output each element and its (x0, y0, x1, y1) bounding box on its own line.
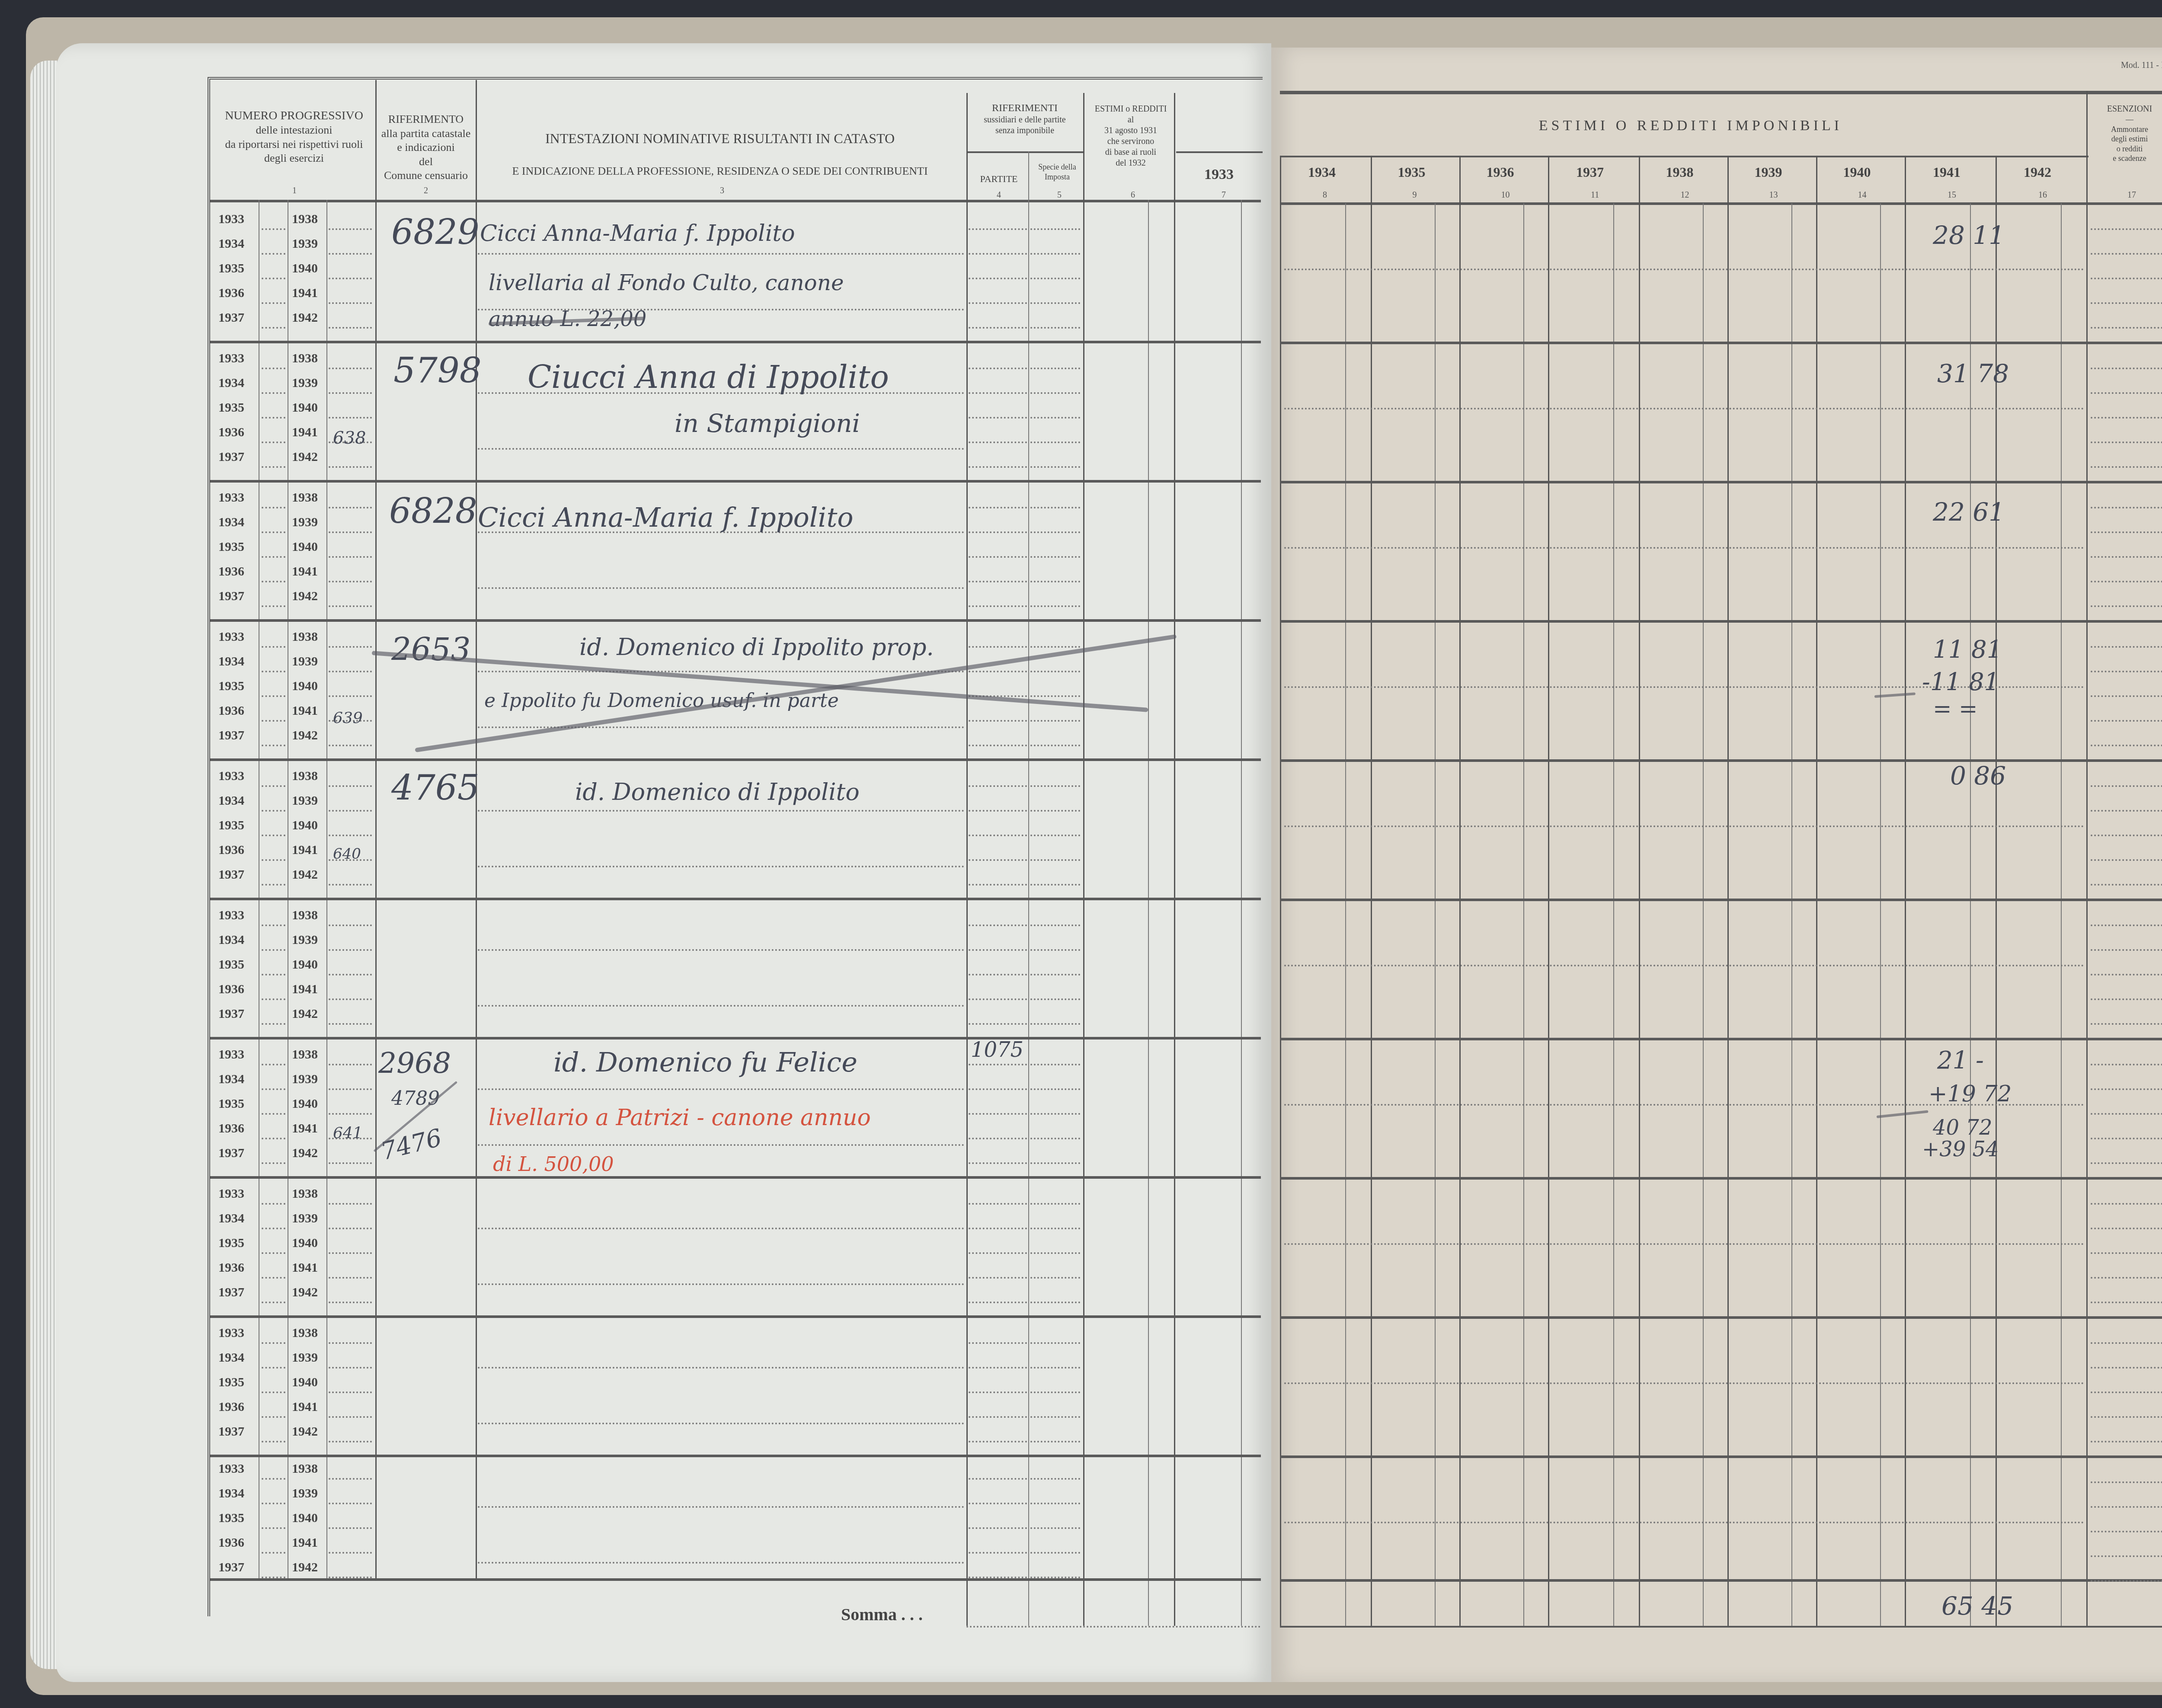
left-col7-split (1176, 151, 1263, 153)
year-label: 1939 (292, 933, 318, 947)
year-column-header: 1936 (1487, 164, 1514, 180)
dotted-guide (329, 1577, 372, 1578)
row-group-rule (210, 1578, 1261, 1581)
column-number: 15 (1948, 190, 1956, 200)
dotted-guide (2091, 974, 2162, 976)
dotted-guide (2091, 1416, 2162, 1418)
year-label: 1934 (218, 515, 244, 530)
dotted-guide (262, 1064, 285, 1065)
col7-header-year: 1933 (1204, 166, 1234, 183)
dotted-guide (1030, 278, 1080, 279)
year-label: 1942 (292, 1146, 318, 1161)
dotted-guide (478, 1228, 964, 1229)
dotted-guide (969, 1503, 1027, 1504)
right-vline (1727, 156, 1729, 1626)
row-group-rule (1280, 1038, 2162, 1040)
year-label: 1937 (218, 310, 244, 325)
col2-title: RIFERIMENTO (376, 112, 476, 127)
left-vline (476, 80, 477, 1580)
year-label: 1941 (292, 1400, 318, 1414)
dotted-guide (969, 884, 1027, 886)
dotted-guide (2091, 556, 2162, 558)
year-label: 1939 (292, 654, 318, 669)
col5-number: 5 (1057, 190, 1062, 200)
value-1941: 28 11 (1933, 221, 2005, 250)
dotted-guide (969, 1478, 1027, 1480)
left-header-rule (210, 200, 1261, 202)
dotted-guide (969, 810, 1027, 812)
year-label: 1942 (292, 450, 318, 464)
year-label: 1938 (292, 212, 318, 227)
dotted-guide (329, 507, 372, 509)
year-column-header: 1939 (1755, 164, 1782, 180)
dotted-guide (262, 810, 285, 812)
year-label: 1940 (292, 818, 318, 833)
dotted-guide (1284, 1243, 2084, 1245)
year-label: 1940 (292, 1236, 318, 1251)
year-label: 1935 (218, 679, 244, 694)
year-label: 1937 (218, 867, 244, 882)
dotted-guide (329, 998, 372, 1000)
dotted-guide (1284, 1382, 2084, 1384)
dotted-guide (329, 949, 372, 951)
year-label: 1942 (292, 728, 318, 743)
form-label: Mod. 111 - Imposte Dirette (Intercalare)… (2121, 61, 2162, 70)
entry-partita-number: 6829 (391, 212, 480, 252)
dotted-guide (1030, 745, 1080, 746)
dotted-guide (969, 1441, 1027, 1443)
year-label: 1936 (218, 286, 244, 301)
year-label: 1936 (218, 704, 244, 718)
dotted-guide (969, 835, 1027, 836)
year-label: 1933 (218, 212, 244, 227)
row-group-rule (1280, 899, 2162, 901)
dotted-guide (2091, 671, 2162, 672)
year-label: 1938 (292, 630, 318, 644)
dotted-guide (329, 466, 372, 468)
row-group-rule (210, 1315, 1261, 1318)
dotted-guide (969, 368, 1027, 369)
dotted-guide (262, 671, 285, 672)
year-label: 1938 (292, 490, 318, 505)
cents-divider (1345, 203, 1346, 1626)
year-label: 1941 (292, 982, 318, 997)
year-label: 1939 (292, 376, 318, 390)
col6-number: 6 (1131, 190, 1135, 200)
dotted-guide (1030, 327, 1080, 329)
dotted-guide (262, 1503, 285, 1504)
col3-number: 3 (720, 186, 724, 196)
dotted-guide (262, 605, 285, 607)
col45-title: RIFERIMENTI (966, 102, 1083, 115)
dotted-guide (329, 1113, 372, 1115)
year-label: 1940 (292, 1097, 318, 1111)
dotted-guide (969, 924, 1027, 926)
dotted-guide (2091, 1531, 2162, 1532)
column-number: 11 (1591, 190, 1599, 200)
col45-line: sussidiari e delle partite (966, 115, 1083, 125)
dotted-guide (329, 671, 372, 672)
somma-label: Somma . . . (841, 1604, 923, 1625)
col4-header: PARTITE (969, 173, 1029, 185)
dotted-guide (329, 1203, 372, 1205)
row-group-rule (210, 898, 1261, 900)
dotted-guide (1030, 466, 1080, 468)
year-label: 1936 (218, 1121, 244, 1136)
dotted-guide (1030, 884, 1080, 886)
somma-rule (1280, 1626, 2162, 1628)
entry-reference: 640 (333, 845, 361, 863)
year-label: 1942 (292, 867, 318, 882)
dotted-guide (2091, 278, 2162, 279)
year-label: 1933 (218, 1326, 244, 1340)
year-label: 1942 (292, 1007, 318, 1021)
dotted-guide (969, 302, 1027, 304)
dotted-guide (329, 1552, 372, 1554)
year-label: 1936 (218, 1400, 244, 1414)
year-label: 1934 (218, 793, 244, 808)
dotted-guide (969, 556, 1027, 558)
year-column-header: 1940 (1843, 164, 1871, 180)
col1-line: da riportarsi nei rispettivi ruoli (212, 138, 376, 152)
dotted-guide (1030, 974, 1080, 976)
dotted-guide (2091, 417, 2162, 419)
dotted-guide (1030, 810, 1080, 812)
year-label: 1939 (292, 1072, 318, 1087)
dotted-guide (969, 581, 1027, 582)
dotted-guide (969, 1252, 1027, 1254)
entry-description: in Stampigioni (675, 409, 860, 438)
dotted-guide (1030, 1023, 1080, 1025)
dotted-guide (329, 1228, 372, 1229)
row-group-rule (1280, 1316, 2162, 1319)
year-label: 1941 (292, 704, 318, 718)
dotted-guide (2091, 720, 2162, 722)
col2-line: e indicazioni (376, 141, 476, 155)
dotted-guide (262, 695, 285, 697)
year-label: 1939 (292, 1486, 318, 1501)
dotted-guide (969, 949, 1027, 951)
dotted-guide (478, 866, 964, 867)
dotted-guide (262, 720, 285, 722)
entry-name: Cicci Anna-Maria f. Ippolito (478, 502, 854, 533)
col45-line: senza imponibile (966, 125, 1083, 136)
dotted-guide (262, 1416, 285, 1418)
year-label: 1941 (292, 1121, 318, 1136)
dotted-guide (2091, 884, 2162, 886)
dotted-guide (969, 1228, 1027, 1229)
dotted-guide (2091, 1088, 2162, 1090)
dotted-guide (2091, 1555, 2162, 1557)
dotted-guide (329, 368, 372, 369)
col1-line: degli esercizi (212, 151, 376, 166)
dotted-guide (1030, 720, 1080, 722)
right-vline (1816, 156, 1817, 1626)
year-label: 1936 (218, 982, 244, 997)
dotted-guide (262, 441, 285, 443)
dotted-guide (329, 1342, 372, 1344)
dotted-guide (1030, 581, 1080, 582)
esenzioni-line: e scadenze (2088, 154, 2162, 163)
column-number: 13 (1769, 190, 1778, 200)
entry-partita-number: 2653 (391, 631, 470, 668)
dotted-guide (262, 1088, 285, 1090)
year-label: 1933 (218, 908, 244, 923)
year-label: 1934 (218, 1486, 244, 1501)
row-group-rule (210, 1455, 1261, 1457)
dotted-guide (262, 1228, 285, 1229)
year-label: 1934 (218, 237, 244, 251)
dotted-guide (329, 695, 372, 697)
year-label: 1933 (218, 1187, 244, 1201)
dotted-guide (969, 392, 1027, 394)
dotted-guide (2091, 1252, 2162, 1254)
dotted-guide (969, 1552, 1027, 1554)
dotted-guide (1030, 1503, 1080, 1504)
year-label: 1935 (218, 1097, 244, 1111)
dotted-guide (969, 1527, 1027, 1529)
entry-partita-number: 2968 (378, 1046, 451, 1080)
row-group-rule (1280, 1177, 2162, 1180)
dotted-guide (2091, 949, 2162, 951)
dotted-guide (262, 924, 285, 926)
dotted-guide (2091, 368, 2162, 369)
year-label: 1940 (292, 1511, 318, 1526)
entry-partita-extra: 4789 (391, 1087, 440, 1110)
value-1941: 21 - (1937, 1046, 1984, 1075)
dotted-guide (262, 859, 285, 861)
year-label: 1934 (218, 1072, 244, 1087)
col2-header: RIFERIMENTO alla partita catastale e ind… (376, 112, 476, 183)
value-1941-result: = = (1933, 696, 1978, 722)
dotted-guide (969, 1088, 1027, 1090)
row-group-rule (210, 480, 1261, 483)
dotted-guide (2091, 1367, 2162, 1369)
dotted-guide (262, 1478, 285, 1480)
left-vline (966, 93, 968, 1626)
dotted-guide (478, 448, 964, 450)
dotted-guide (2091, 1113, 2162, 1115)
dotted-guide (2091, 1580, 2162, 1582)
dotted-guide (2091, 1481, 2162, 1483)
dotted-guide (969, 785, 1027, 787)
right-vline (1459, 156, 1461, 1626)
right-vline (2086, 91, 2088, 1626)
dotted-guide (1284, 408, 2084, 409)
col2-line: del (376, 155, 476, 169)
entry-name: Cicci Anna-Maria f. Ippolito (480, 221, 795, 246)
year-label: 1935 (218, 540, 244, 554)
left-vline (1028, 151, 1029, 1626)
entry-partita-number: 6828 (389, 491, 477, 531)
dotted-guide (969, 671, 1027, 672)
year-column-header: 1941 (1933, 164, 1961, 180)
dotted-guide (1030, 785, 1080, 787)
right-vline (1639, 156, 1640, 1626)
right-header-rule (1280, 202, 2162, 205)
year-label: 1938 (292, 1326, 318, 1340)
year-label: 1941 (292, 425, 318, 440)
dotted-guide (1030, 368, 1080, 369)
col45-header: RIFERIMENTI sussidiari e delle partite s… (966, 102, 1083, 136)
dotted-guide (1284, 269, 2084, 270)
year-label: 1938 (292, 1047, 318, 1062)
dotted-guide (329, 1478, 372, 1480)
left-vline (288, 200, 288, 1579)
value-1941-adjustment: +39 54 (1922, 1137, 1999, 1161)
col3-title: INTESTAZIONI NOMINATIVE RISULTANTI IN CA… (478, 130, 962, 147)
dotted-guide (262, 278, 285, 279)
dotted-guide (2091, 924, 2162, 926)
dotted-guide (329, 1252, 372, 1254)
right-vline (1905, 156, 1906, 1626)
value-1941-adjustment: -11 81 (1922, 668, 1999, 696)
entry-name: Ciucci Anna di Ippolito (528, 359, 889, 395)
dotted-guide (969, 720, 1027, 722)
dotted-guide (262, 1162, 285, 1164)
dotted-guide (478, 1283, 964, 1285)
dotted-guide (1284, 547, 2084, 549)
year-label: 1934 (218, 1211, 244, 1226)
row-group-rule (210, 1176, 1261, 1179)
dotted-guide (2091, 1203, 2162, 1205)
col5-header: Specie della Imposta (1031, 162, 1083, 182)
dotted-guide (1030, 417, 1080, 419)
dotted-guide (329, 253, 372, 255)
dotted-guide (2091, 228, 2162, 230)
dotted-guide (969, 253, 1027, 255)
year-label: 1942 (292, 310, 318, 325)
col1-header: NUMERO PROGRESSIVO delle intestazioni da… (212, 108, 376, 166)
col2-number: 2 (424, 186, 428, 196)
dotted-guide (1030, 1088, 1080, 1090)
row-group-rule (210, 341, 1261, 343)
right-top-rule (1280, 91, 2162, 94)
right-vline (1371, 156, 1372, 1626)
dotted-guide (478, 1088, 964, 1090)
entry-red-annotation: di L. 500,00 (493, 1152, 614, 1176)
dotted-guide (1030, 1342, 1080, 1344)
dotted-guide (1030, 228, 1080, 230)
year-label: 1939 (292, 793, 318, 808)
year-label: 1937 (218, 728, 244, 743)
year-label: 1938 (292, 908, 318, 923)
dotted-guide (262, 392, 285, 394)
dotted-guide (1030, 859, 1080, 861)
dotted-guide (329, 1441, 372, 1443)
dotted-guide (2091, 1441, 2162, 1443)
col6-line: al (1085, 115, 1176, 125)
row-group-rule (1280, 481, 2162, 483)
dotted-guide (1030, 441, 1080, 443)
dotted-guide (329, 228, 372, 230)
year-label: 1933 (218, 490, 244, 505)
entry-reference: 641 (333, 1124, 363, 1142)
col6-line: di base ai ruoli (1085, 147, 1176, 158)
col6-header: ESTIMI o REDDITI al 31 agosto 1931 che s… (1085, 104, 1176, 169)
dotted-guide (329, 884, 372, 886)
dotted-guide (262, 466, 285, 468)
dotted-guide (969, 605, 1027, 607)
row-group-rule (210, 619, 1261, 622)
value-1941-result: 40 72 (1933, 1116, 1992, 1140)
value-1941: 22 61 (1933, 497, 2005, 527)
dotted-guide (478, 1506, 964, 1508)
entry-name: id. Domenico fu Felice (553, 1046, 857, 1078)
year-label: 1937 (218, 1146, 244, 1161)
row-group-rule (1280, 1455, 2162, 1458)
dotted-guide (969, 1064, 1027, 1065)
dotted-guide (969, 531, 1027, 533)
dotted-guide (1030, 1162, 1080, 1164)
col1-line: delle intestazioni (212, 123, 376, 138)
year-label: 1940 (292, 679, 318, 694)
col6-line: 31 agosto 1931 (1085, 125, 1176, 136)
dotted-guide (329, 1302, 372, 1303)
row-group-rule (210, 758, 1261, 761)
dotted-guide (262, 417, 285, 419)
column-number: 14 (1858, 190, 1867, 200)
dotted-guide (262, 581, 285, 582)
dotted-guide (329, 835, 372, 836)
dotted-guide (1030, 507, 1080, 509)
year-label: 1941 (292, 564, 318, 579)
year-label: 1934 (218, 933, 244, 947)
year-label: 1939 (292, 1350, 318, 1365)
cents-divider (1703, 203, 1704, 1626)
dotted-guide (2091, 695, 2162, 697)
value-1941: 31 78 (1937, 359, 2009, 388)
dotted-guide (329, 1503, 372, 1504)
column-number: 8 (1323, 190, 1327, 200)
dotted-guide (329, 327, 372, 329)
right-vline (1548, 156, 1549, 1626)
dotted-guide (2091, 302, 2162, 304)
dotted-guide (2091, 253, 2162, 255)
dotted-guide (2091, 1277, 2162, 1279)
dotted-guide (329, 974, 372, 976)
dotted-guide (262, 507, 285, 509)
dotted-guide (478, 1423, 964, 1424)
column-number: 12 (1681, 190, 1689, 200)
dotted-guide (2091, 859, 2162, 861)
dotted-guide (2091, 810, 2162, 812)
year-label: 1939 (292, 515, 318, 530)
dotted-guide (329, 1277, 372, 1279)
year-label: 1936 (218, 425, 244, 440)
dotted-guide (1030, 835, 1080, 836)
right-subheader-rule (1280, 156, 2088, 157)
entry-description: livellaria al Fondo Culto, canone (489, 270, 844, 295)
somma-1941-value: 65 45 (1941, 1591, 2013, 1621)
dotted-guide (969, 1416, 1027, 1418)
col1-number: 1 (292, 186, 297, 196)
dotted-guide (329, 1023, 372, 1025)
dotted-guide (262, 1367, 285, 1369)
dotted-guide (1030, 1252, 1080, 1254)
dotted-guide (969, 1113, 1027, 1115)
dotted-guide (1030, 1064, 1080, 1065)
dotted-guide (329, 1527, 372, 1529)
year-column-header: 1937 (1576, 164, 1604, 180)
esenzioni-header: ESENZIONI — Ammontare degli estimi o red… (2088, 104, 2162, 163)
year-column-header: 1938 (1666, 164, 1694, 180)
year-label: 1935 (218, 957, 244, 972)
dotted-guide (1030, 1478, 1080, 1480)
left-vline (1148, 200, 1149, 1626)
dotted-guide (969, 466, 1027, 468)
dotted-guide (2091, 785, 2162, 787)
